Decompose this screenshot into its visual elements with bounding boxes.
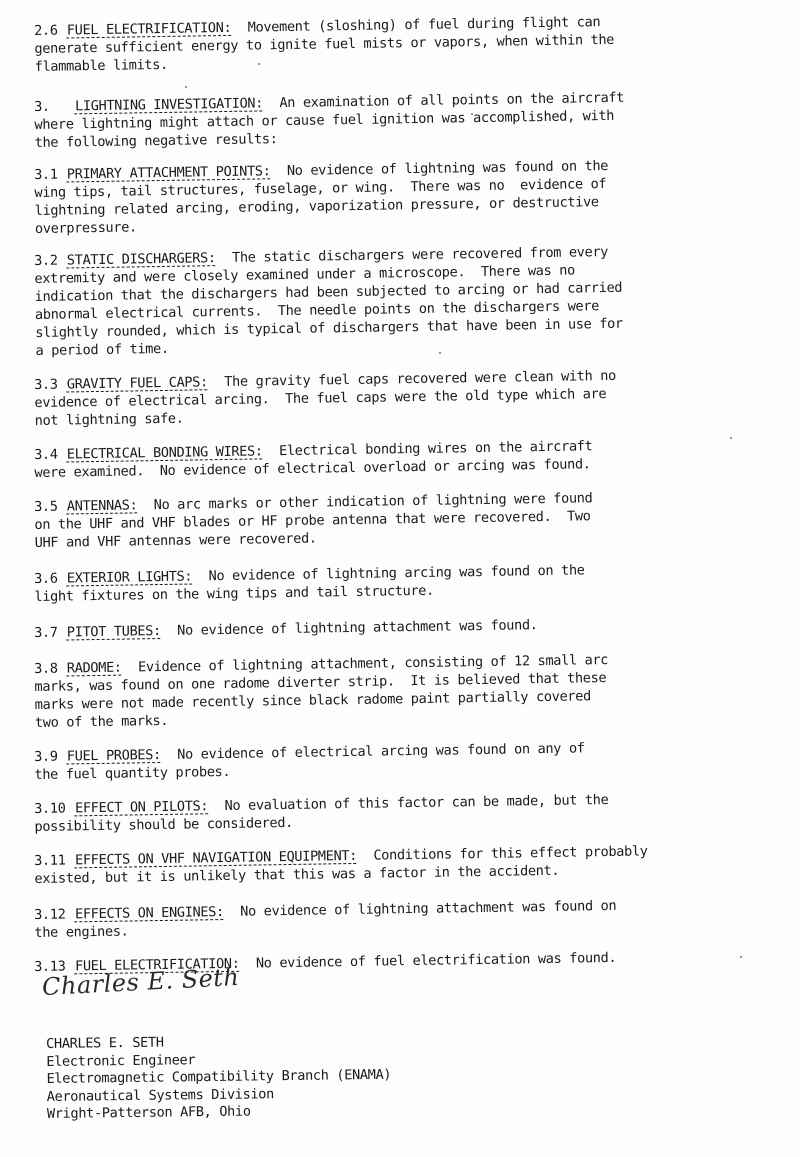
scan-speck [323, 254, 325, 256]
section-number: 3.2 [34, 251, 67, 270]
section-heading: PRIMARY ATTACHMENT POINTS: [67, 163, 271, 182]
section-3-3: 3.3GRAVITY FUEL CAPS:The gravity fuel ca… [34, 365, 755, 430]
section-number: 3.4 [34, 445, 67, 464]
document-page: 2.6FUEL ELECTRIFICATION:Movement (sloshi… [0, 0, 800, 1157]
section-heading: RADOME: [67, 660, 122, 677]
section-number: 2.6 [34, 21, 67, 40]
section-heading: EXTERIOR LIGHTS: [67, 569, 193, 587]
section-number: 3.11 [34, 851, 75, 870]
section-number: 3.9 [34, 747, 67, 766]
section-text: No evidence of fuel electrification was … [256, 950, 617, 972]
scan-speck [471, 113, 473, 115]
scan-speck [258, 63, 260, 65]
section-heading: FUEL PROBES: [67, 747, 161, 764]
section-3: 3.LIGHTNING INVESTIGATION:An examination… [34, 87, 755, 152]
section-heading: LIGHTNING INVESTIGATION: [75, 95, 263, 114]
section-3-12: 3.12EFFECTS ON ENGINES:No evidence of li… [34, 895, 754, 942]
section-3-6: 3.6EXTERIOR LIGHTS:No evidence of lightn… [34, 559, 754, 606]
section-3-5: 3.5ANTENNAS:No arc marks or other indica… [34, 487, 755, 552]
section-heading: EFFECT ON PILOTS: [75, 798, 208, 816]
scan-speck [740, 956, 742, 958]
section-number: 3.10 [34, 799, 75, 818]
section-heading: STATIC DISCHARGERS: [67, 250, 216, 268]
section-3-2: 3.2STATIC DISCHARGERS:The static dischar… [34, 241, 756, 360]
section-number: 3.8 [34, 659, 67, 678]
section-number: 3.12 [34, 905, 75, 924]
scan-speck [730, 437, 732, 439]
scan-speck [439, 352, 441, 354]
scan-speck [185, 86, 187, 88]
section-3-11: 3.11EFFECTS ON VHF NAVIGATION EQUIPMENT:… [34, 841, 754, 888]
section-number: 3.1 [34, 165, 67, 184]
section-3-7: 3.7PITOT TUBES:No evidence of lightning … [34, 613, 754, 642]
section-heading: EFFECTS ON ENGINES: [75, 904, 224, 922]
section-number: 3.7 [34, 623, 67, 642]
section-2-6: 2.6FUEL ELECTRIFICATION:Movement (sloshi… [34, 11, 755, 76]
section-3-8: 3.8RADOME:Evidence of lightning attachme… [34, 649, 755, 732]
section-3-4: 3.4ELECTRICAL BONDING WIRES:Electrical b… [34, 435, 754, 482]
section-heading: ELECTRICAL BONDING WIRES: [67, 443, 263, 462]
section-heading: FUEL ELECTRIFICATION: [67, 20, 232, 39]
signature-block: CHARLES E. SETH Electronic Engineer Elec… [46, 1032, 392, 1124]
section-text: Conditions for this effect probably [373, 843, 647, 863]
section-heading: GRAVITY FUEL CAPS: [67, 374, 208, 392]
signer-location: Wright-Patterson AFB, Ohio [47, 1102, 392, 1124]
section-text: No evidence of lightning attachment was … [177, 617, 538, 639]
section-number: 3.5 [34, 497, 67, 516]
section-line: 3.7PITOT TUBES:No evidence of lightning … [34, 613, 754, 642]
section-heading: PITOT TUBES: [67, 623, 161, 640]
section-3-1: 3.1PRIMARY ATTACHMENT POINTS:No evidence… [34, 155, 755, 238]
section-number: 3.6 [34, 569, 67, 588]
section-3-9: 3.9FUEL PROBES:No evidence of electrical… [34, 737, 754, 784]
section-number: 3.3 [34, 375, 67, 394]
section-heading: ANTENNAS: [67, 497, 138, 514]
section-3-10: 3.10EFFECT ON PILOTS:No evaluation of th… [34, 789, 754, 836]
section-number: 3. [34, 97, 75, 116]
